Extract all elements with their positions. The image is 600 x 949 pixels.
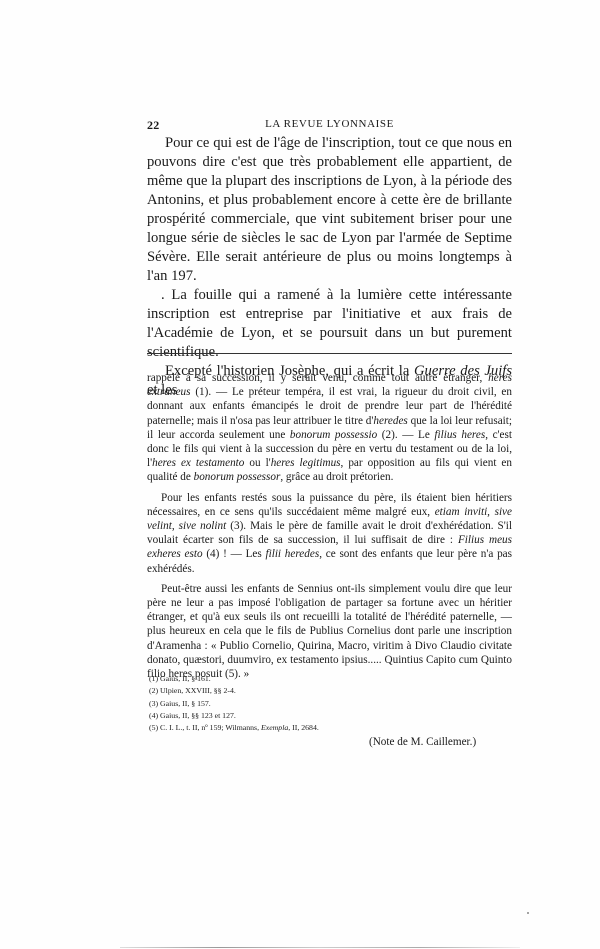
note-paragraph-sennius: Peut-être aussi les enfants de Sennius o… bbox=[147, 582, 512, 681]
note-attribution: (Note de M. Caillemer.) bbox=[369, 736, 476, 748]
footnote-separator-rule bbox=[147, 353, 512, 354]
reference-item: (2) Ulpien, XXVIII, §§ 2-4. bbox=[149, 685, 449, 697]
reference-item: (5) C. I. L., t. II, nº 159; Wilmanns, E… bbox=[149, 722, 449, 734]
scanned-page: 22 LA REVUE LYONNAISE Pour ce qui est de… bbox=[0, 0, 600, 949]
footnote-text: rappelé à sa succession, il y serait ven… bbox=[147, 371, 512, 681]
main-text: Pour ce qui est de l'âge de l'inscriptio… bbox=[147, 134, 512, 400]
note-paragraph-heirs: Pour les enfants restés sous la puissanc… bbox=[147, 491, 512, 576]
references-list: (1) Gaius, II, § 161. (2) Ulpien, XXVIII… bbox=[149, 673, 449, 734]
reference-item: (3) Gaius, II, § 157. bbox=[149, 698, 449, 710]
reference-item: (1) Gaius, II, § 161. bbox=[149, 673, 449, 685]
paragraph-inscription-date: Pour ce qui est de l'âge de l'inscriptio… bbox=[147, 134, 512, 286]
reference-item: (4) Gaius, II, §§ 123 et 127. bbox=[149, 710, 449, 722]
journal-title: LA REVUE LYONNAISE bbox=[147, 118, 512, 130]
paragraph-excavation: . La fouille qui a ramené à la lumière c… bbox=[147, 286, 512, 362]
running-head: 22 LA REVUE LYONNAISE bbox=[147, 118, 512, 134]
note-paragraph-succession: rappelé à sa succession, il y serait ven… bbox=[147, 371, 512, 485]
page-bottom-edge bbox=[120, 947, 520, 948]
scan-speck bbox=[527, 912, 529, 914]
